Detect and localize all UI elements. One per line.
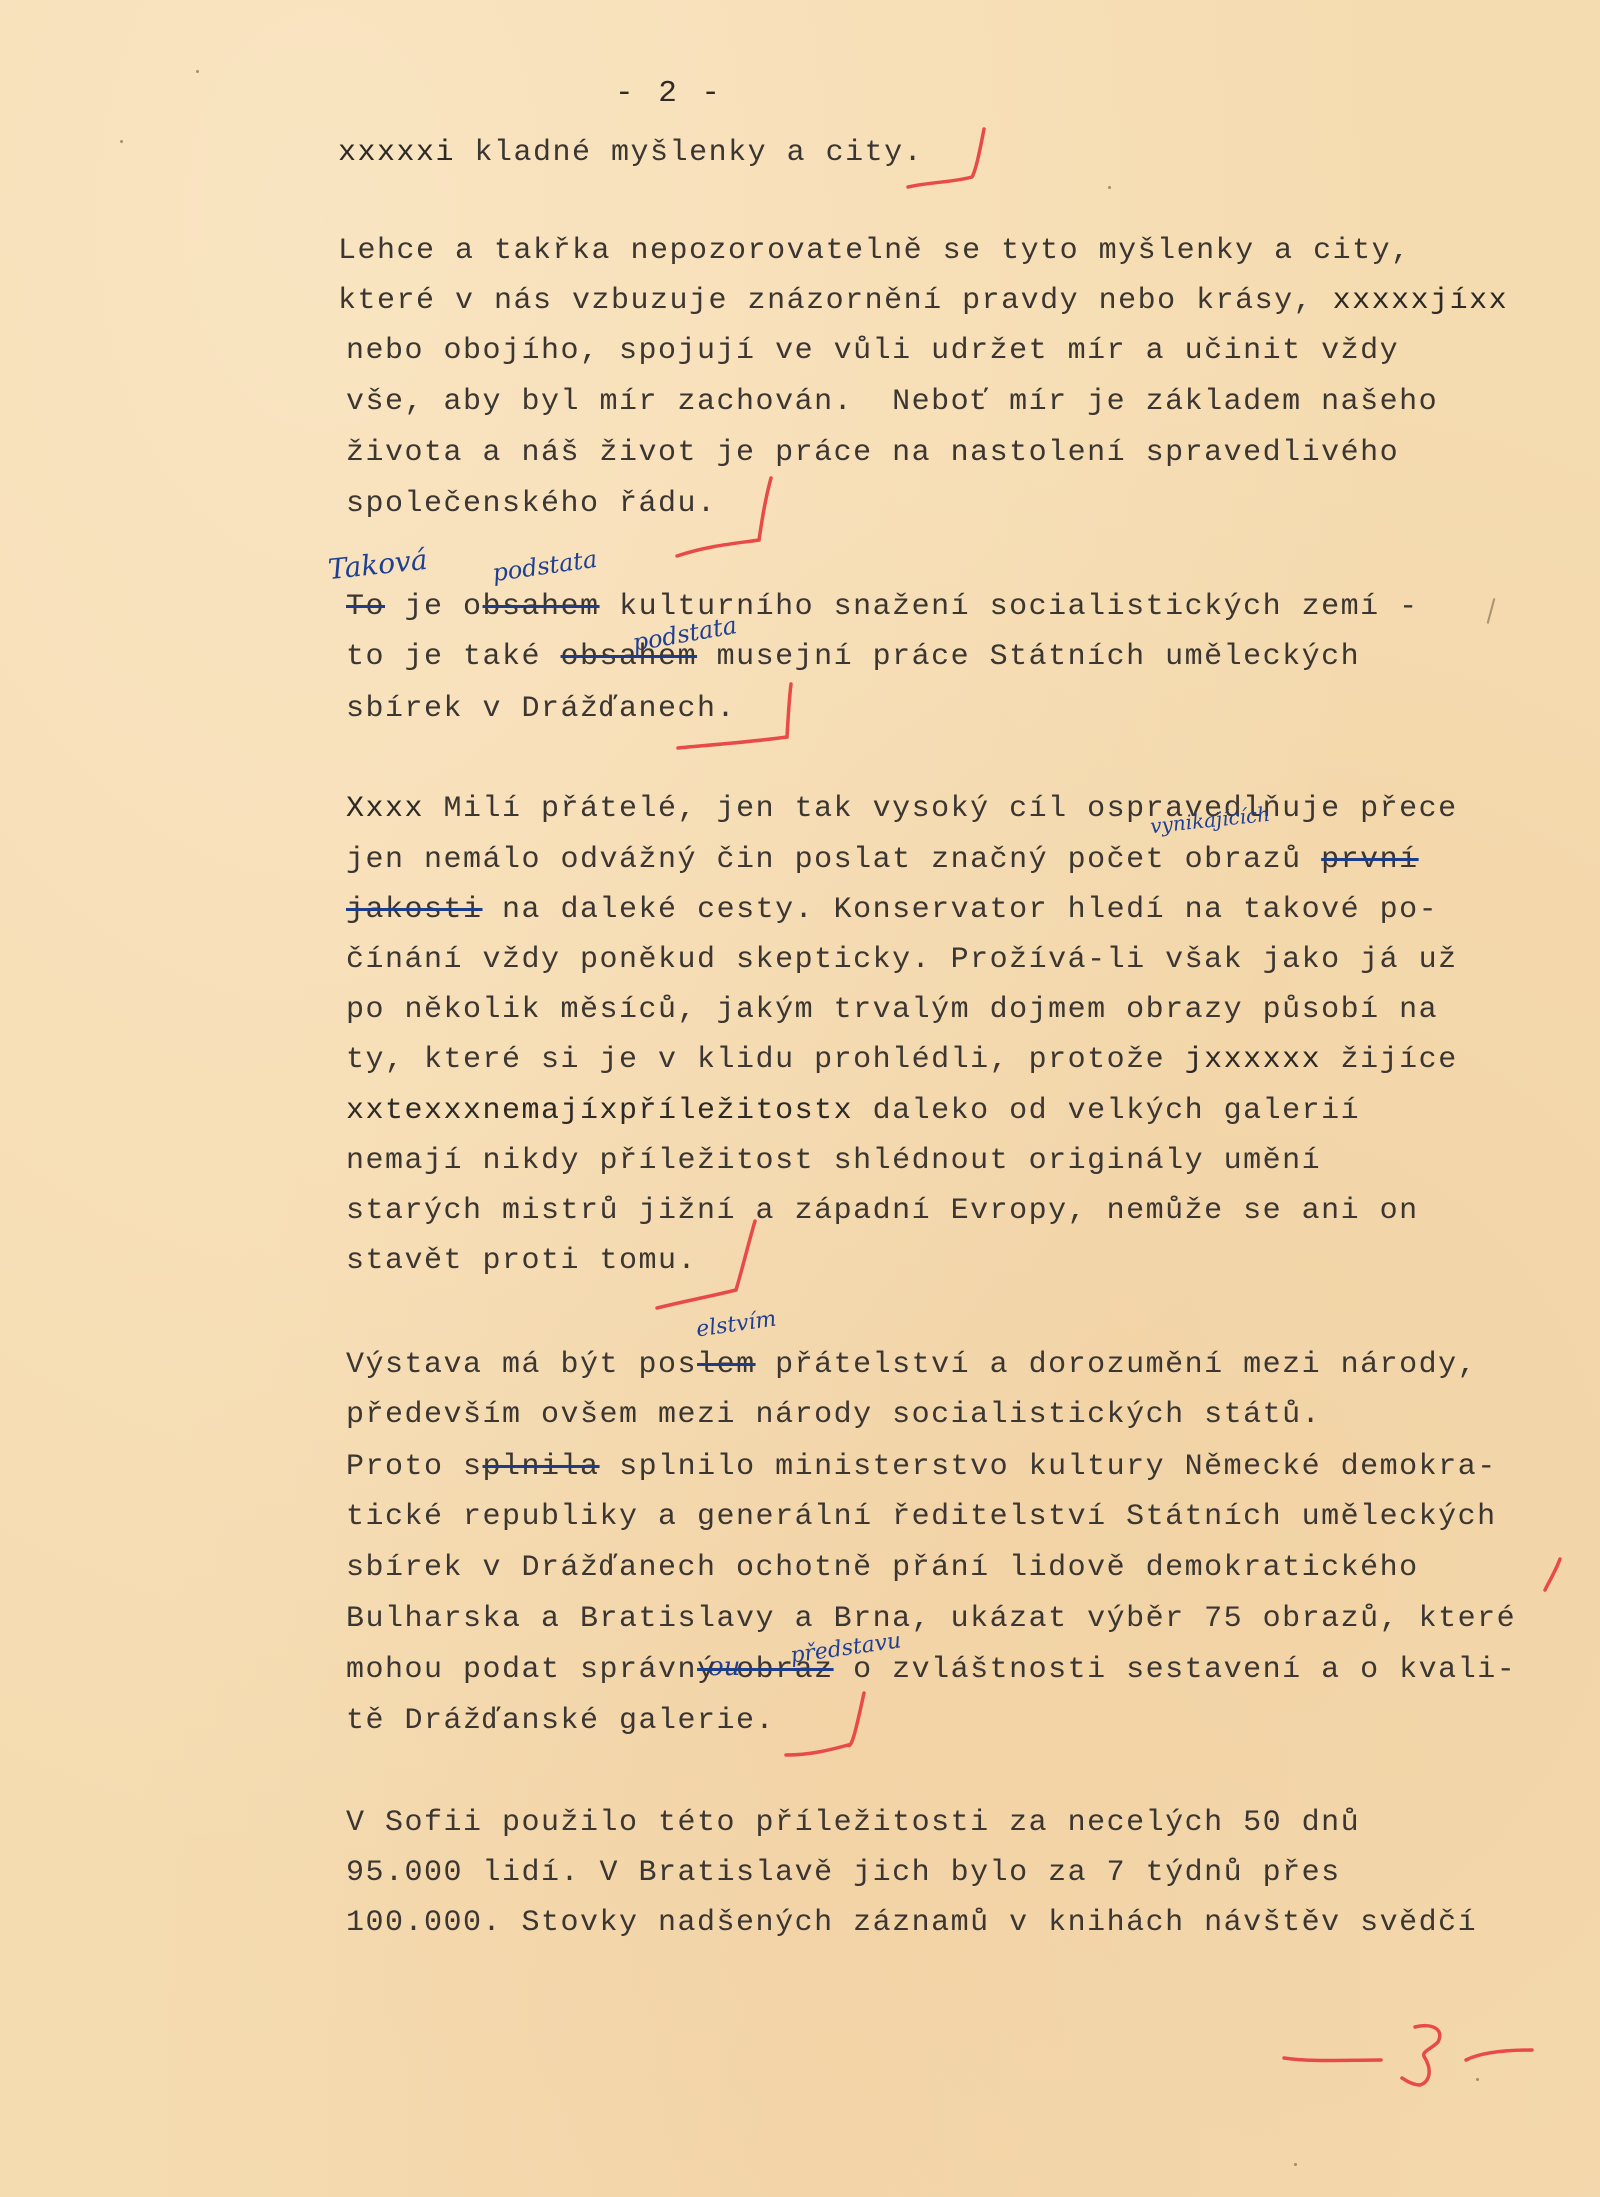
- paper-speck: [1294, 2163, 1297, 2166]
- document-page: - 2 - xxxxxi kladné myšlenky a city. Leh…: [0, 0, 1600, 2197]
- paper-speck: [196, 70, 199, 73]
- paper-speck: [1476, 2078, 1479, 2081]
- paper-speck: [1108, 186, 1111, 189]
- paper-speck: [120, 140, 123, 143]
- red-paragraph-marks: [0, 0, 1600, 2197]
